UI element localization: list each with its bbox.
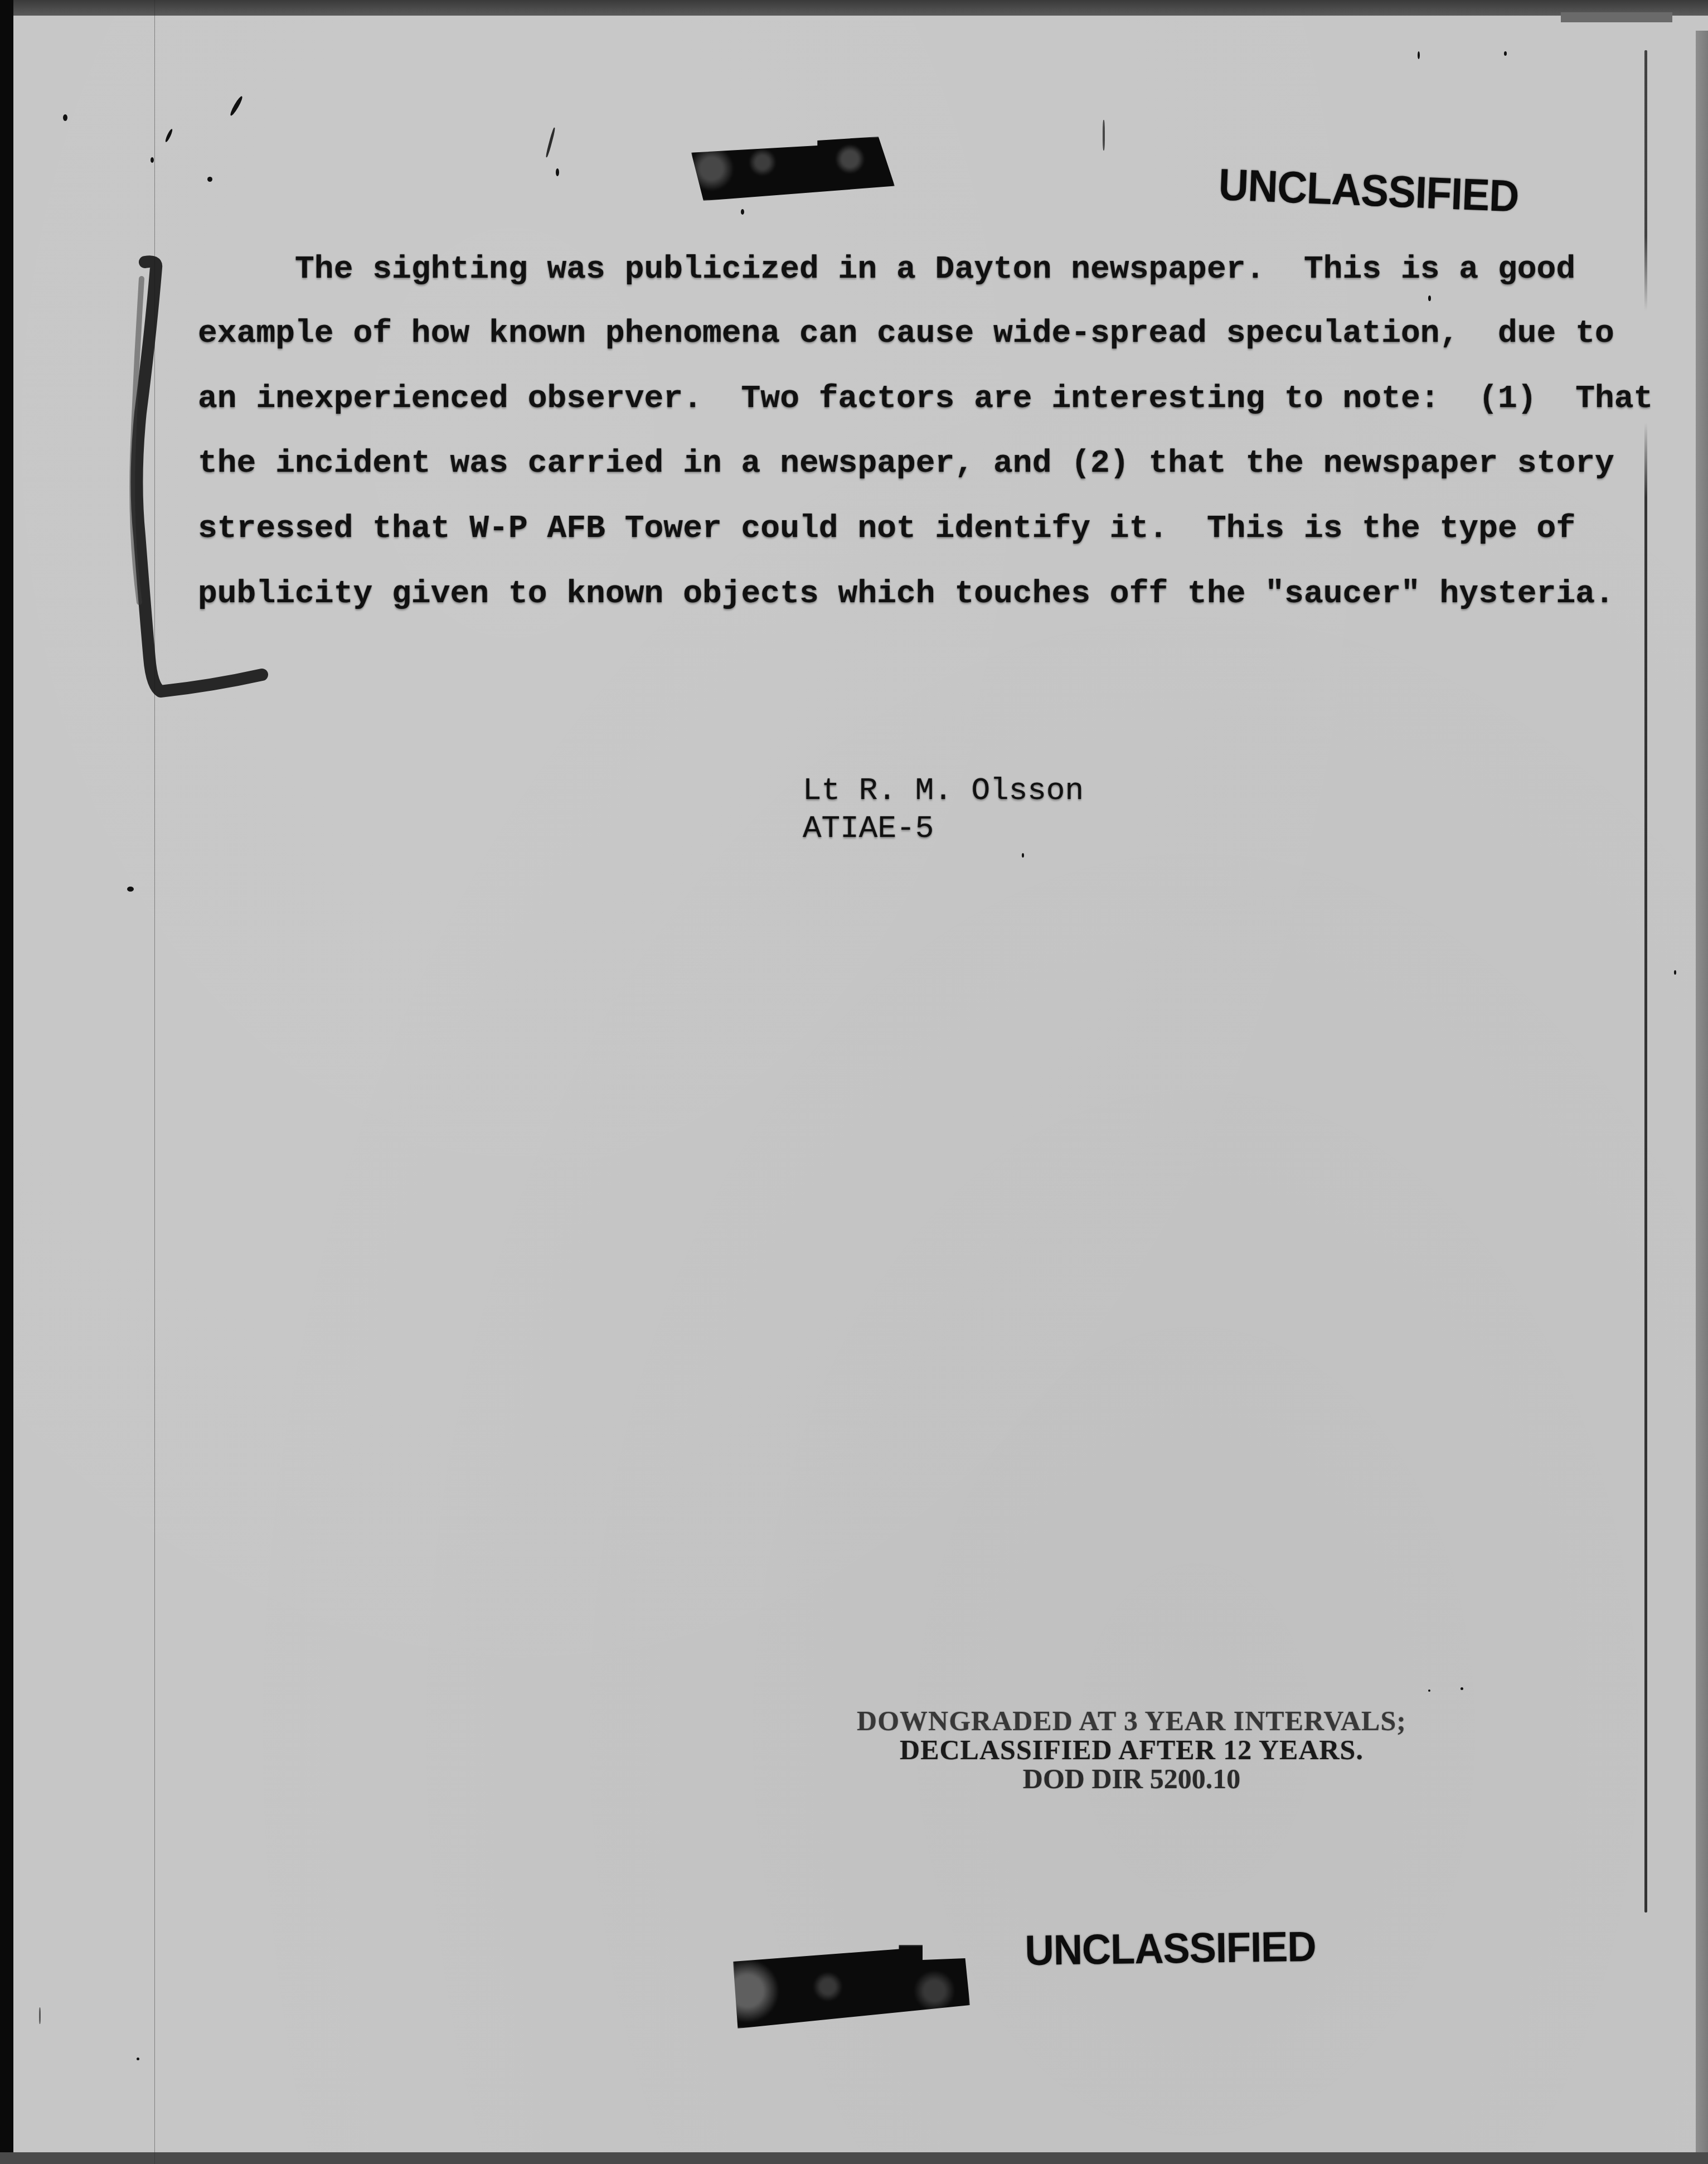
scan-speck — [151, 157, 154, 163]
scan-speck — [137, 2058, 139, 2060]
paragraph-line-5: stressed that W-P AFB Tower could not id… — [198, 513, 1575, 545]
scan-right-edge — [1696, 31, 1708, 2164]
signature-name: Lt R. M. Olsson — [803, 775, 1084, 806]
scan-speck — [1428, 1689, 1430, 1692]
scan-speck — [1674, 970, 1676, 975]
redaction-block-top — [691, 137, 895, 201]
scan-speck — [741, 209, 744, 215]
scan-speck — [127, 887, 134, 892]
downgrade-line-3: DOD DIR 5200.10 — [825, 1764, 1438, 1793]
downgrade-stamp: DOWNGRADED AT 3 YEAR INTERVALS; DECLASSI… — [825, 1706, 1438, 1793]
scan-speck — [1460, 1687, 1463, 1690]
scan-speck — [1418, 51, 1420, 59]
paragraph-line-4: the incident was carried in a newspaper,… — [198, 448, 1614, 480]
scan-top-right-edge — [1561, 12, 1672, 22]
scan-speck — [63, 114, 67, 121]
scan-speck — [545, 127, 556, 157]
scan-speck — [164, 128, 173, 143]
scan-speck — [1022, 853, 1024, 858]
scan-speck — [229, 95, 244, 117]
scan-bottom-edge — [0, 2152, 1708, 2164]
scan-speck — [1103, 120, 1105, 151]
classification-stamp-bottom: UNCLASSIFIED — [1025, 1923, 1316, 1975]
downgrade-line-1: DOWNGRADED AT 3 YEAR INTERVALS; — [825, 1706, 1438, 1735]
scan-speck — [1504, 51, 1507, 56]
paragraph-line-1: The sighting was publicized in a Dayton … — [198, 254, 1575, 286]
scan-speck — [39, 2007, 41, 2024]
paragraph-line-2: example of how known phenomena can cause… — [198, 318, 1614, 350]
right-margin-line — [1644, 50, 1647, 1913]
scan-speck — [207, 177, 212, 182]
scanned-page: UNCLASSIFIED The sighting was publicized… — [0, 0, 1708, 2164]
redaction-block-bottom — [733, 1945, 970, 2029]
downgrade-line-2: DECLASSIFIED AFTER 12 YEARS. — [825, 1735, 1438, 1764]
signature-office: ATIAE-5 — [803, 813, 934, 844]
scan-left-edge — [0, 0, 13, 2164]
paragraph-line-6: publicity given to known objects which t… — [198, 578, 1614, 611]
scan-speck — [556, 168, 559, 176]
scan-top-edge — [0, 0, 1708, 16]
scan-speck — [1428, 296, 1431, 301]
classification-stamp-top: UNCLASSIFIED — [1217, 159, 1520, 222]
paragraph-line-3: an inexperienced observer. Two factors a… — [198, 383, 1653, 415]
